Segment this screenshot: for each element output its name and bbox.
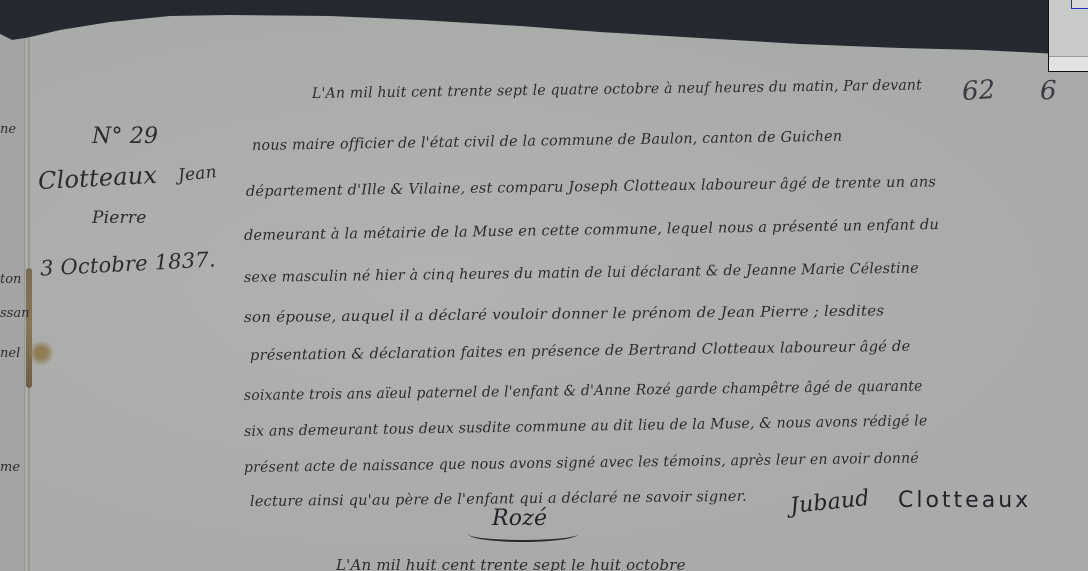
left-leaf-fragment: ton <box>0 272 21 287</box>
signature-clotteaux: Clotteaux <box>898 488 1031 513</box>
margin-given-name: Jean <box>177 162 218 186</box>
binding-thread <box>26 268 32 388</box>
page-number: 6 <box>1040 76 1057 106</box>
left-leaf-fragment: me <box>0 460 20 475</box>
entry-number: N° 29 <box>92 124 158 149</box>
window-status-bar <box>1049 56 1088 71</box>
overlapping-window-corner[interactable] <box>1048 0 1088 72</box>
margin-given-name: Pierre <box>92 208 146 228</box>
photo-background: ne ton ssan nel me 62 6 N° 29 Clotteaux … <box>0 0 1088 571</box>
signature-flourish <box>468 526 578 542</box>
left-leaf-fragment: nel <box>0 346 20 361</box>
window-selection-box <box>1071 0 1088 9</box>
left-leaf-fragment: ne <box>0 122 16 137</box>
next-entry-line: L'An mil huit cent trente sept le huit o… <box>336 556 686 571</box>
folio-stamp: 62 <box>961 75 996 107</box>
binding-knot <box>28 340 54 366</box>
left-leaf-fragment: ssan <box>0 306 29 321</box>
